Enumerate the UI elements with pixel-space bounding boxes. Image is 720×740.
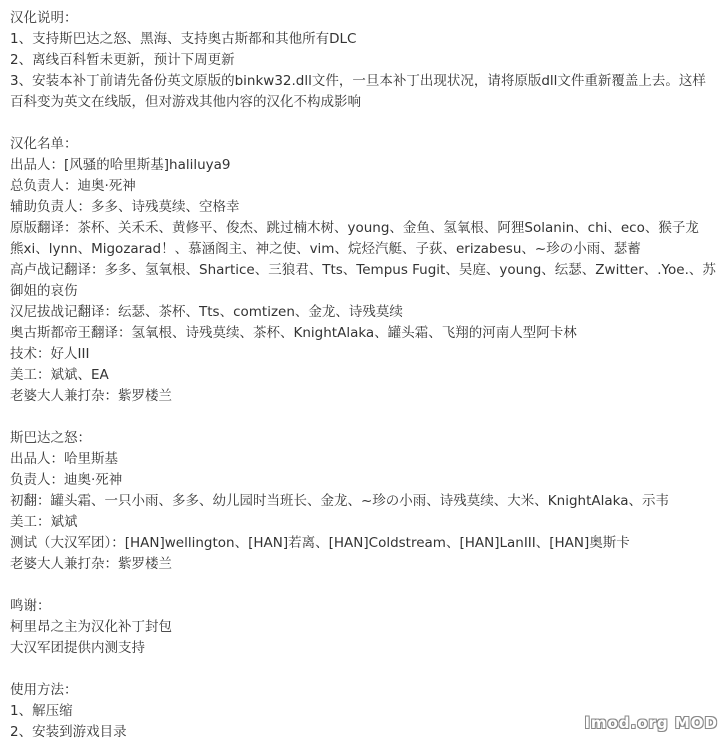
text-line: 总负责人：迪奥·死神 xyxy=(10,176,720,197)
text-line: 1、支持斯巴达之怒、黑海、支持奥古斯都和其他所有DLC xyxy=(10,29,720,50)
spacer xyxy=(10,113,720,134)
text-line: 2、离线百科暂未更新，预计下周更新 xyxy=(10,50,720,71)
patch-notes-document: 汉化说明： 1、支持斯巴达之怒、黑海、支持奥古斯都和其他所有DLC 2、离线百科… xyxy=(10,8,720,740)
text-line: 辅助负责人：多多、诗残莫续、空格幸 xyxy=(10,197,720,218)
site-watermark: lmod.org MOD xyxy=(585,714,718,732)
text-line: 大汉军团提供内测支持 xyxy=(10,638,720,659)
text-line: 汉尼拔战记翻译：纭瑟、茶杯、Tts、comtizen、金龙、诗残莫续 xyxy=(10,302,720,323)
text-line: 奥古斯都帝王翻译：氢氧根、诗残莫续、茶杯、KnightAlaka、罐头霜、飞翔的… xyxy=(10,323,720,344)
spacer xyxy=(10,659,720,680)
text-line: 原版翻译：茶杯、关禾禾、黄修平、俊杰、跳过楠木树、young、金鱼、氢氧根、阿狸… xyxy=(10,218,720,239)
text-line: 老婆大人兼打杂：紫罗楼兰 xyxy=(10,554,720,575)
text-line: 老婆大人兼打杂：紫罗楼兰 xyxy=(10,386,720,407)
text-line: 技术：好人III xyxy=(10,344,720,365)
text-line: 柯里昂之主为汉化补丁封包 xyxy=(10,617,720,638)
section-title: 斯巴达之怒： xyxy=(10,428,720,449)
text-line: 出品人：[风骚的哈里斯基]haliluya9 xyxy=(10,155,720,176)
section-title: 使用方法： xyxy=(10,680,720,701)
text-line: 美工：斌斌、EA xyxy=(10,365,720,386)
text-line: 百科变为英文在线版，但对游戏其他内容的汉化不构成影响 xyxy=(10,92,720,113)
text-line: 负责人：迪奥·死神 xyxy=(10,470,720,491)
section-title: 汉化说明： xyxy=(10,8,720,29)
section-sparta: 斯巴达之怒： 出品人：哈里斯基 负责人：迪奥·死神 初翻：罐头霜、一只小雨、多多… xyxy=(10,428,720,575)
section-title: 鸣谢： xyxy=(10,596,720,617)
section-thanks: 鸣谢： 柯里昂之主为汉化补丁封包 大汉军团提供内测支持 xyxy=(10,596,720,659)
text-line: 出品人：哈里斯基 xyxy=(10,449,720,470)
section-credits: 汉化名单： 出品人：[风骚的哈里斯基]haliluya9 总负责人：迪奥·死神 … xyxy=(10,134,720,407)
spacer xyxy=(10,575,720,596)
text-line: 初翻：罐头霜、一只小雨、多多、幼儿园时当班长、金龙、~珍の小雨、诗残莫续、大米、… xyxy=(10,491,720,512)
section-title: 汉化名单： xyxy=(10,134,720,155)
text-line: 3、安装本补丁前请先备份英文原版的binkw32.dll文件，一旦本补丁出现状况… xyxy=(10,71,720,92)
text-line: 熊xi、lynn、Migozarad！、慕涵阁主、神之使、vim、烷烃汽艇、子荻… xyxy=(10,239,720,260)
spacer xyxy=(10,407,720,428)
text-line: 御姐的哀伤 xyxy=(10,281,720,302)
text-line: 美工：斌斌 xyxy=(10,512,720,533)
text-line: 测试（大汉军团）：[HAN]wellington、[HAN]若离、[HAN]Co… xyxy=(10,533,720,554)
section-notes: 汉化说明： 1、支持斯巴达之怒、黑海、支持奥古斯都和其他所有DLC 2、离线百科… xyxy=(10,8,720,113)
text-line: 高卢战记翻译：多多、氢氧根、Shartice、三狼君、Tts、Tempus Fu… xyxy=(10,260,720,281)
